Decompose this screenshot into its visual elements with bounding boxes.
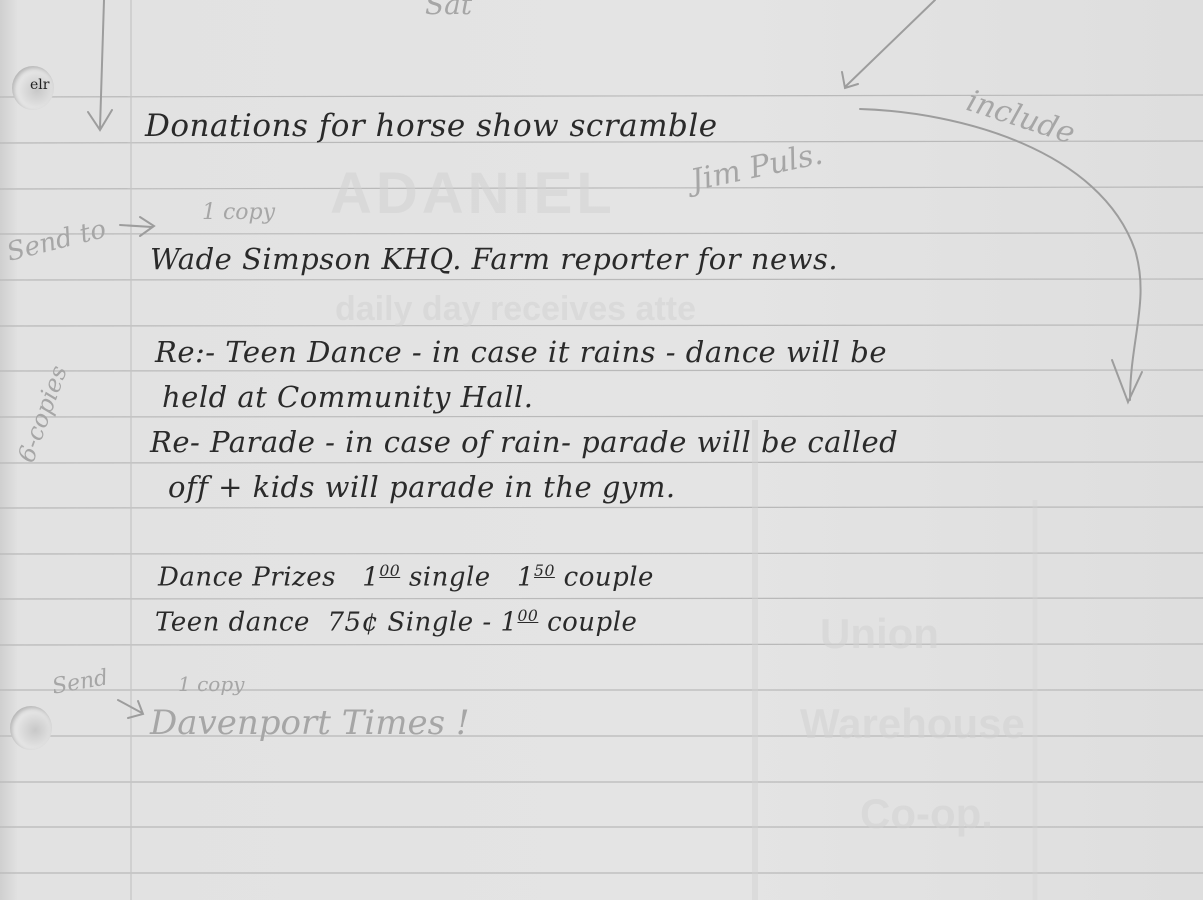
notebook-page: ADANIEL daily day receives atte Union Wa… [0,0,1203,900]
show-through-text: Co-op. [860,790,993,838]
show-through-text: Union [820,610,939,658]
binder-hole [10,706,52,750]
note-heading: Donations for horse show scramble [145,108,718,144]
prize-label: Teen dance [155,607,310,637]
pencil-davenport-times: Davenport Times ! [150,703,470,743]
note-contact: Wade Simpson KHQ. Farm reporter for news… [150,242,838,276]
show-through-text: daily day receives atte [335,290,696,329]
pencil-arrow-send [120,217,154,236]
binder-hole: elr [12,66,54,110]
show-through-text: Warehouse [800,700,1025,748]
note-parade-1: Re- Parade - in case of rain- parade wil… [150,425,898,459]
prize-label: Dance Prizes [158,562,336,592]
pencil-arrow-left [88,0,112,130]
pencil-send-to: Send to [4,214,109,268]
pencil-include: include [962,84,1079,152]
pencil-arrow-send-2 [118,700,143,718]
pencil-send: Send [50,665,110,699]
pencil-check-top [842,0,935,88]
note-teen-dance-2: held at Community Hall. [162,380,533,414]
prize-row: Teen dance 75¢ Single - 100 couple [155,607,637,637]
note-parade-2: off + kids will parade in the gym. [168,470,676,504]
note-teen-dance-1: Re:- Teen Dance - in case it rains - dan… [155,335,887,369]
show-through-text: ADANIEL [330,160,616,227]
pencil-copy-count: 1 copy [178,672,244,696]
prize-row: Dance Prizes 100 single 150 couple [158,562,654,592]
pencil-include-curve [860,109,1142,402]
pencil-jim-puls: Jim Puls. [688,136,826,198]
pencil-six-copies: 6-copies [12,362,73,466]
pencil-top-fragment: Sat [425,0,472,21]
pencil-copy-count: 1 copy [202,200,275,225]
